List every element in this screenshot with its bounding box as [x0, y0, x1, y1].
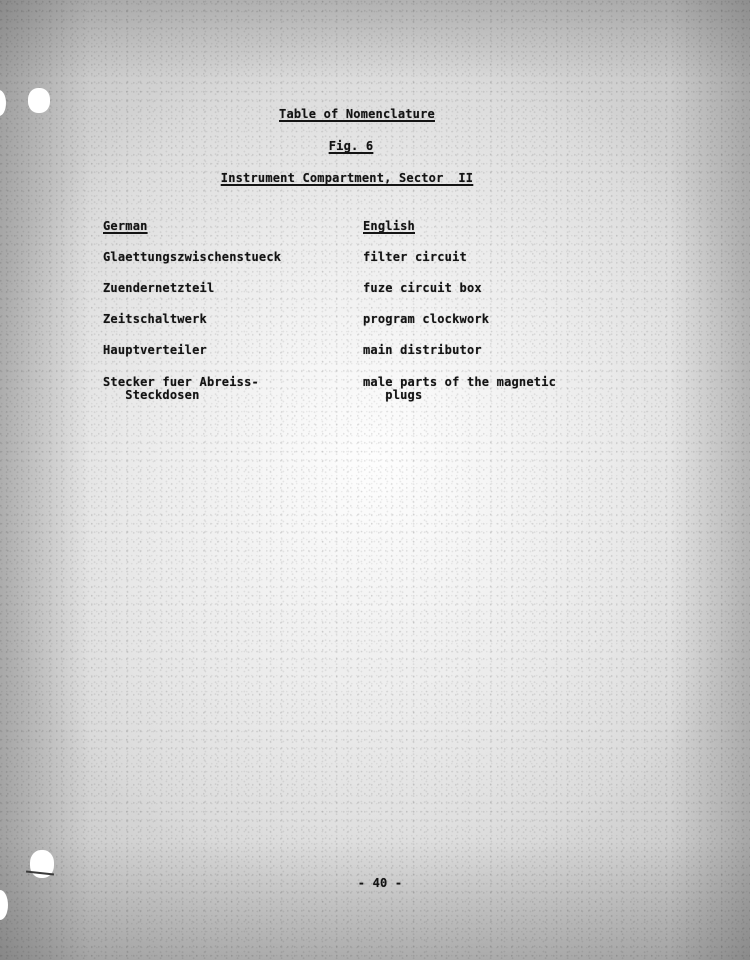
english-term: fuze circuit box	[363, 282, 482, 295]
page-number: - 40 -	[0, 876, 750, 890]
section-subtitle: Instrument Compartment, Sector II	[0, 171, 694, 185]
german-term: Glaettungszwischenstueck	[103, 251, 281, 264]
english-term: main distributor	[363, 344, 482, 357]
german-term: Zeitschaltwerk	[103, 313, 207, 326]
column-header-german-text: German	[103, 219, 148, 233]
figure-label: Fig. 6	[0, 139, 702, 153]
english-term: filter circuit	[363, 251, 467, 264]
punch-hole-bottom-edge	[0, 890, 8, 920]
figure-label-text: Fig. 6	[329, 139, 374, 153]
english-term: program clockwork	[363, 313, 489, 326]
german-term: Stecker fuer Abreiss- Steckdosen	[103, 376, 259, 402]
english-term: male parts of the magnetic plugs	[363, 376, 556, 402]
document-page: Table of Nomenclature Fig. 6 Instrument …	[0, 0, 750, 960]
column-header-english: English	[363, 219, 415, 233]
column-header-english-text: English	[363, 219, 415, 233]
document-title-text: Table of Nomenclature	[279, 107, 435, 121]
column-header-german: German	[103, 219, 148, 233]
document-title: Table of Nomenclature	[0, 107, 714, 121]
german-term: Hauptverteiler	[103, 344, 207, 357]
section-subtitle-text: Instrument Compartment, Sector II	[221, 171, 473, 185]
german-term: Zuendernetzteil	[103, 282, 214, 295]
